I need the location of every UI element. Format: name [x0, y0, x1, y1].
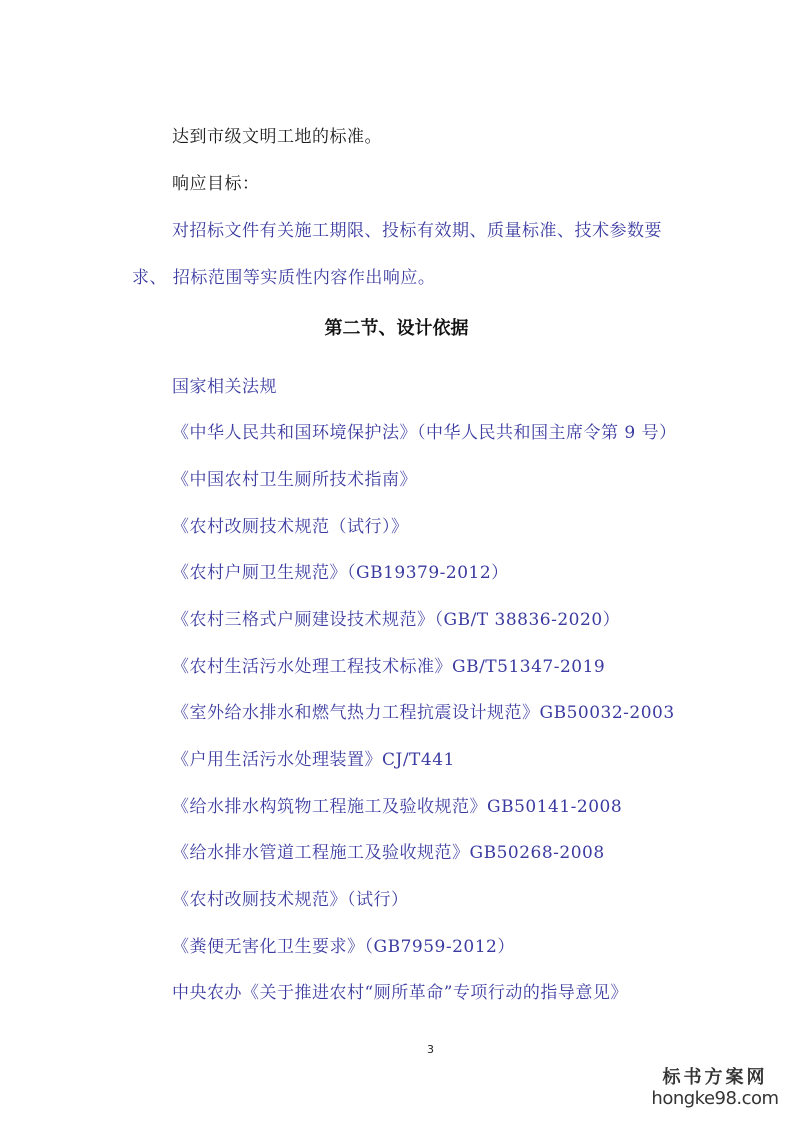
regulation-item: 《中华人民共和国环境保护法》（中华人民共和国主席令第 9 号） [172, 418, 677, 443]
watermark-url: hongke98.com [640, 1088, 790, 1110]
regulation-item: 《农村改厕技术规范》（试行） [172, 885, 409, 910]
regulation-item: 《农村三格式户厕建设技术规范》（GB/T 38836-2020） [172, 605, 620, 630]
watermark: 标书方案网 hongke98.com [640, 1068, 790, 1110]
regulation-item: 《农村生活污水处理工程技术标准》GB/T51347-2019 [172, 652, 605, 677]
regulation-item: 中央农办《关于推进农村“厕所革命”专项行动的指导意见》 [172, 978, 628, 1003]
paragraph-response-goal-label: 响应目标： [172, 169, 260, 194]
regulation-item: 《给水排水管道工程施工及验收规范》GB50268-2008 [172, 838, 605, 863]
section-heading: 第二节、设计依据 [0, 314, 793, 340]
regulation-item: 《中国农村卫生厕所技术指南》 [172, 465, 417, 490]
regulation-item: 《粪便无害化卫生要求》（GB7959-2012） [172, 932, 515, 957]
regulation-item: 《户用生活污水处理装置》CJ/T441 [172, 745, 455, 770]
regulation-item: 《农村改厕技术规范（试行）》 [172, 512, 409, 537]
paragraph-civilized-site: 达到市级文明工地的标准。 [172, 122, 382, 147]
paragraph-response-line-1: 对招标文件有关施工期限、投标有效期、质量标准、技术参数要 [172, 216, 662, 241]
regulation-item: 《农村户厕卫生规范》（GB19379-2012） [172, 558, 509, 583]
page-number: 3 [427, 1043, 434, 1056]
regulations-intro: 国家相关法规 [172, 372, 277, 397]
regulation-item: 《给水排水构筑物工程施工及验收规范》GB50141-2008 [172, 792, 622, 817]
regulation-item: 《室外给水排水和燃气热力工程抗震设计规范》GB50032-2003 [172, 698, 675, 723]
watermark-site-name: 标书方案网 [640, 1068, 790, 1088]
paragraph-response-line-2: 求、 招标范围等实质性内容作出响应。 [132, 263, 435, 288]
